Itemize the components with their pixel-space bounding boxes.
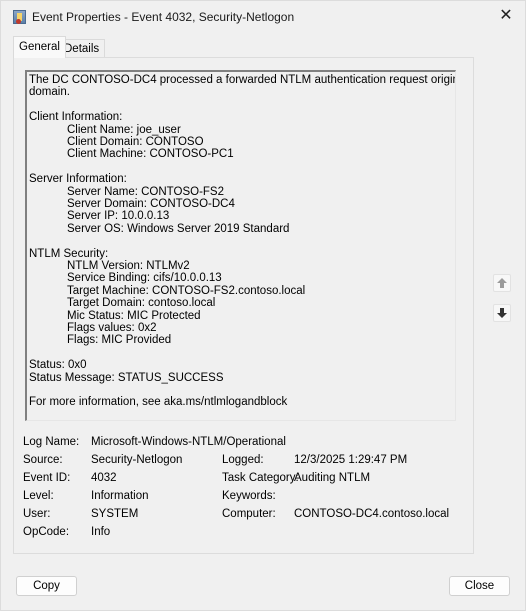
close-window-button[interactable]: ✕ (495, 5, 517, 27)
description-line: Status: 0x0 (29, 359, 453, 371)
description-line: NTLM Security: (29, 248, 453, 260)
description-line: Mic Status: MIC Protected (29, 310, 453, 322)
description-line: Flags: MIC Provided (29, 334, 453, 346)
keywords-label: Keywords: (222, 488, 276, 504)
log-name-label: Log Name: (23, 434, 79, 450)
description-line: Server Domain: CONTOSO-DC4 (29, 198, 453, 210)
user-value: SYSTEM (91, 506, 138, 522)
description-line (29, 235, 453, 247)
copy-button[interactable]: Copy (16, 576, 77, 596)
event-viewer-app-icon (13, 10, 26, 24)
description-line: Client Information: (29, 111, 453, 123)
computer-value: CONTOSO-DC4.contoso.local (294, 506, 449, 522)
description-line (29, 347, 453, 359)
event-properties-window: Event Properties - Event 4032, Security-… (0, 0, 526, 611)
description-line: Server Name: CONTOSO-FS2 (29, 186, 453, 198)
opcode-value: Info (91, 524, 110, 540)
computer-label: Computer: (222, 506, 276, 522)
description-line: Server Information: (29, 173, 453, 185)
description-line: Client Name: joe_user (29, 124, 453, 136)
level-value: Information (91, 488, 149, 504)
arrow-up-icon (497, 278, 507, 288)
description-line: For more information, see aka.ms/ntlmlog… (29, 396, 453, 408)
logged-value: 12/3/2025 1:29:47 PM (294, 452, 407, 468)
task-category-value: Auditing NTLM (294, 470, 370, 486)
tab-general[interactable]: General (13, 36, 66, 58)
source-label: Source: (23, 452, 63, 468)
user-label: User: (23, 506, 50, 522)
log-name-value: Microsoft-Windows-NTLM/Operational (91, 434, 286, 450)
description-line: Server IP: 10.0.0.13 (29, 210, 453, 222)
window-title: Event Properties - Event 4032, Security-… (32, 10, 294, 24)
arrow-down-icon (497, 308, 507, 318)
description-line (29, 99, 453, 111)
description-line (29, 384, 453, 396)
opcode-label: OpCode: (23, 524, 69, 540)
description-line: domain. (29, 86, 453, 98)
task-category-label: Task Category: (222, 470, 299, 486)
next-event-button[interactable] (493, 304, 511, 322)
previous-event-button[interactable] (493, 274, 511, 292)
title-bar: Event Properties - Event 4032, Security-… (1, 1, 525, 33)
description-line: Flags values: 0x2 (29, 322, 453, 334)
description-line: The DC CONTOSO-DC4 processed a forwarded… (29, 74, 453, 86)
description-line: Client Machine: CONTOSO-PC1 (29, 148, 453, 160)
close-button[interactable]: Close (449, 576, 510, 596)
level-label: Level: (23, 488, 54, 504)
general-tab-panel: The DC CONTOSO-DC4 processed a forwarded… (13, 57, 474, 554)
description-line: Target Domain: contoso.local (29, 297, 453, 309)
description-line: Status Message: STATUS_SUCCESS (29, 372, 453, 384)
description-line: Target Machine: CONTOSO-FS2.contoso.loca… (29, 285, 453, 297)
description-line: Server OS: Windows Server 2019 Standard (29, 223, 453, 235)
description-line: Service Binding: cifs/10.0.0.13 (29, 272, 453, 284)
description-line: NTLM Version: NTLMv2 (29, 260, 453, 272)
event-description-textbox[interactable]: The DC CONTOSO-DC4 processed a forwarded… (25, 70, 456, 421)
source-value: Security-Netlogon (91, 452, 182, 468)
logged-label: Logged: (222, 452, 264, 468)
description-line: Client Domain: CONTOSO (29, 136, 453, 148)
description-line (29, 161, 453, 173)
event-id-label: Event ID: (23, 470, 70, 486)
event-id-value: 4032 (91, 470, 117, 486)
